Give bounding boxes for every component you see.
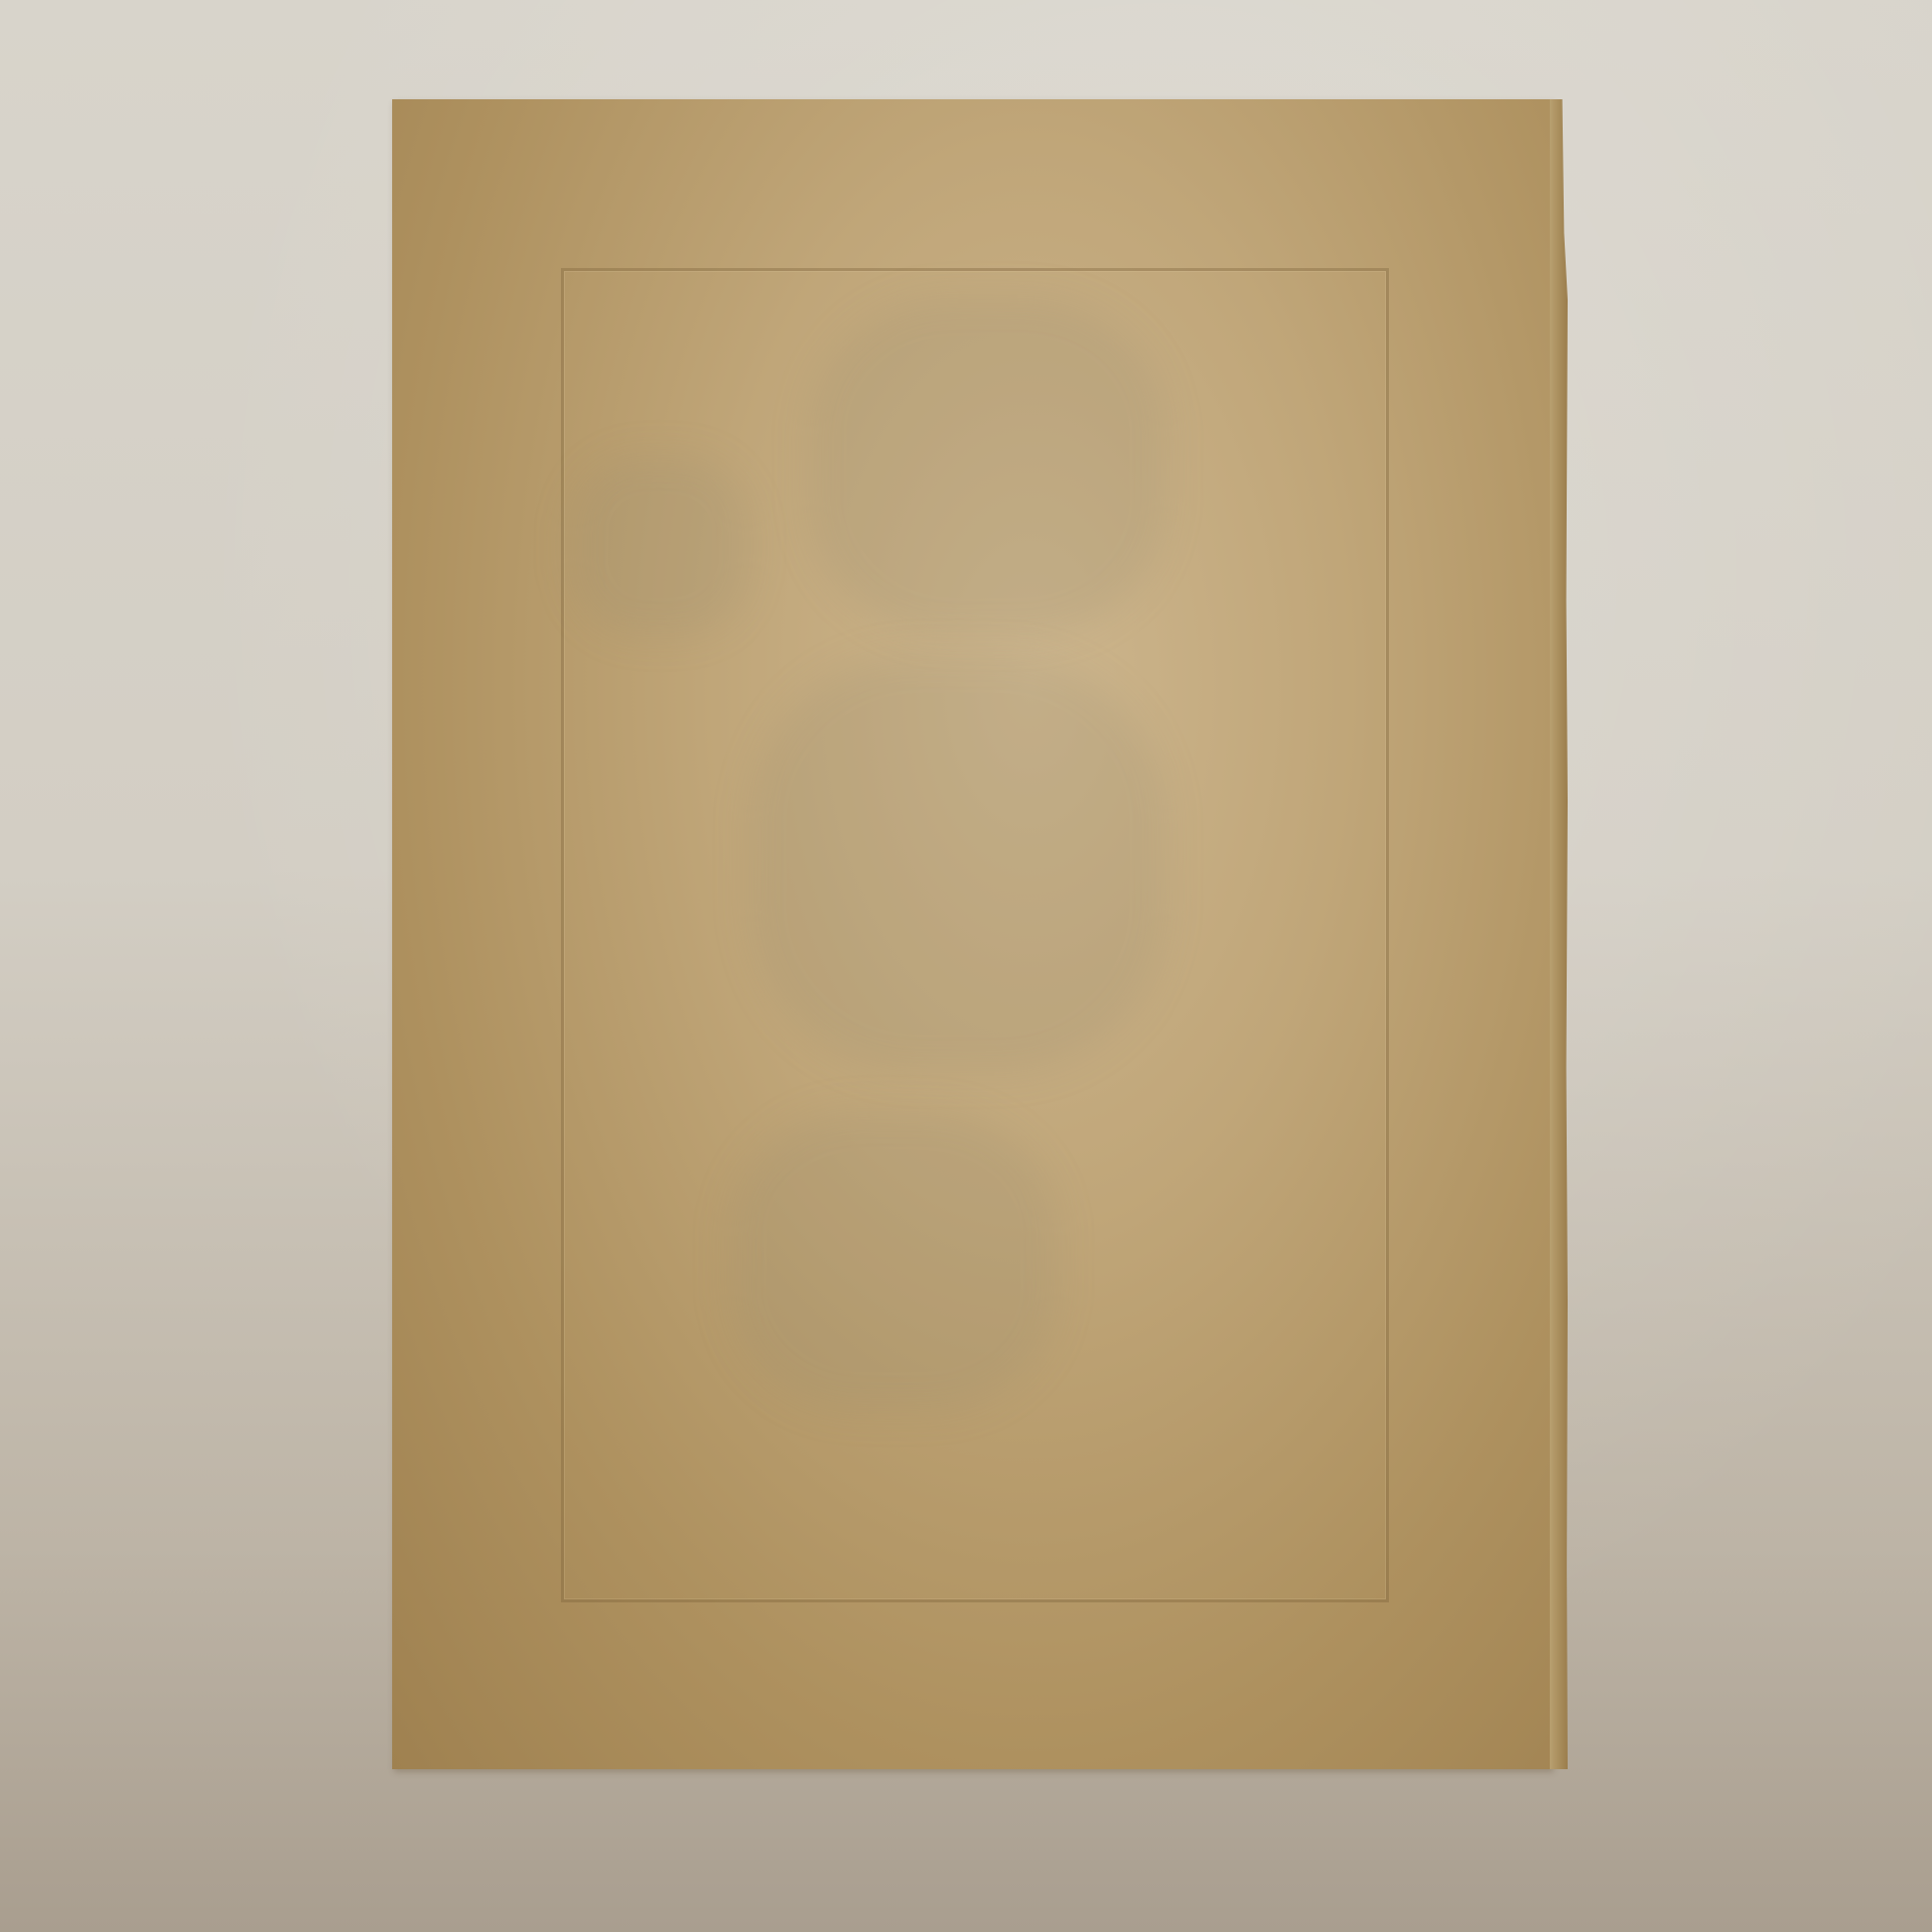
aged-paper-sheet xyxy=(392,99,1552,1769)
show-through-figure-head xyxy=(809,298,1167,635)
deckled-right-edge xyxy=(1550,99,1568,1769)
photo-scene xyxy=(0,0,1932,1932)
show-through-figure-body xyxy=(750,655,1167,1072)
show-through-figure-lower xyxy=(730,1112,1057,1410)
show-through-left-shape xyxy=(571,457,750,635)
